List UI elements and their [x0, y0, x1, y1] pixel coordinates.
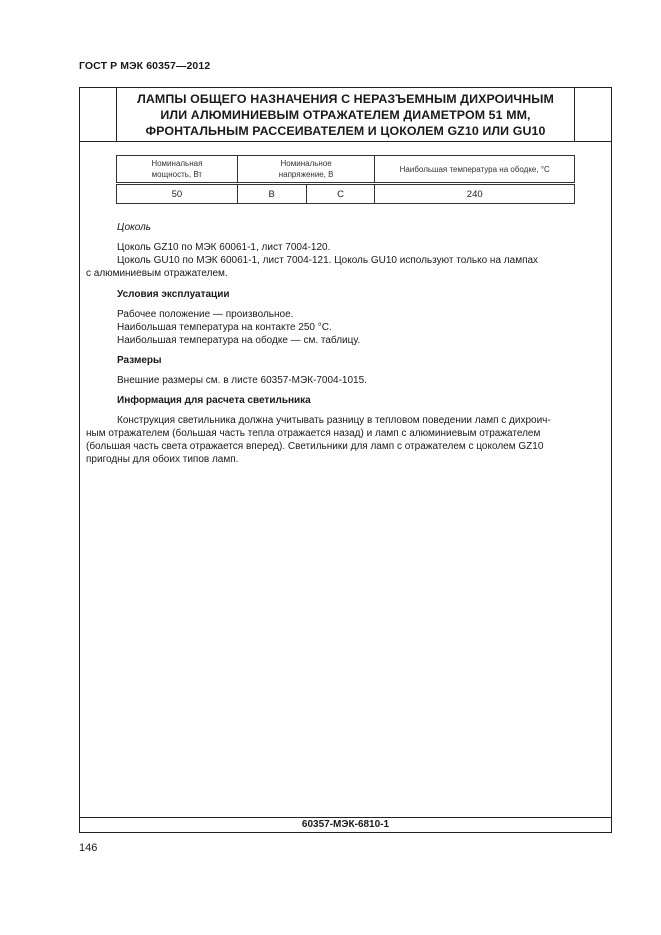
paragraph: Цоколь GU10 по МЭК 60061-1, лист 7004-12…	[117, 255, 607, 268]
page-number: 146	[79, 842, 97, 854]
paragraph: Внешние размеры см. в листе 60357-МЭК-70…	[117, 375, 367, 388]
section-heading-cap: Цоколь	[117, 222, 151, 235]
sheet-footer-code: 60357-МЭК-6810-1	[80, 817, 611, 832]
cell-temperature: 240	[375, 184, 575, 204]
header-voltage: Номинальное напряжение, В	[237, 156, 375, 184]
section-heading-operating: Условия эксплуатации	[117, 289, 230, 302]
paragraph: Конструкция светильника должна учитывать…	[117, 415, 551, 428]
title-line: ЛАМПЫ ОБЩЕГО НАЗНАЧЕНИЯ С НЕРАЗЪЕМНЫМ ДИ…	[117, 91, 574, 107]
cell-voltage-b: B	[237, 184, 306, 204]
header-temperature: Наибольшая температура на ободке, °C	[375, 156, 575, 184]
paragraph: Наибольшая температура на контакте 250 °…	[117, 322, 332, 335]
rating-table: Номинальная мощность, Вт Номинальное нап…	[116, 155, 575, 204]
divider	[574, 88, 575, 141]
paragraph: Рабочее положение — произвольное.	[117, 309, 293, 322]
section-heading-dimensions: Размеры	[117, 355, 162, 368]
sheet-title-row: ЛАМПЫ ОБЩЕГО НАЗНАЧЕНИЯ С НЕРАЗЪЕМНЫМ ДИ…	[80, 88, 611, 142]
title-line: ФРОНТАЛЬНЫМ РАССЕИВАТЕЛЕМ И ЦОКОЛЕМ GZ10…	[117, 123, 574, 139]
data-sheet-frame: ЛАМПЫ ОБЩЕГО НАЗНАЧЕНИЯ С НЕРАЗЪЕМНЫМ ДИ…	[79, 87, 612, 833]
paragraph: Наибольшая температура на ободке — см. т…	[117, 335, 360, 348]
cell-voltage-c: C	[306, 184, 375, 204]
cell-power: 50	[117, 184, 238, 204]
sheet-title: ЛАМПЫ ОБЩЕГО НАЗНАЧЕНИЯ С НЕРАЗЪЕМНЫМ ДИ…	[117, 91, 574, 139]
section-heading-luminaire: Информация для расчета светильника	[117, 395, 311, 408]
title-line: ИЛИ АЛЮМИНИЕВЫМ ОТРАЖАТЕЛЕМ ДИАМЕТРОМ 51…	[117, 107, 574, 123]
standard-code: ГОСТ Р МЭК 60357—2012	[79, 60, 210, 72]
header-power: Номинальная мощность, Вт	[117, 156, 238, 184]
paragraph: (большая часть света отражается вперед).…	[86, 441, 543, 454]
paragraph: пригодны для обоих типов ламп.	[86, 454, 238, 467]
table-row: 50 B C 240	[117, 184, 575, 204]
table-header-row: Номинальная мощность, Вт Номинальное нап…	[117, 156, 575, 184]
paragraph: ным отражателем (большая часть тепла отр…	[86, 428, 540, 441]
paragraph: Цоколь GZ10 по МЭК 60061-1, лист 7004-12…	[117, 242, 330, 255]
paragraph: с алюминиевым отражателем.	[86, 268, 228, 281]
